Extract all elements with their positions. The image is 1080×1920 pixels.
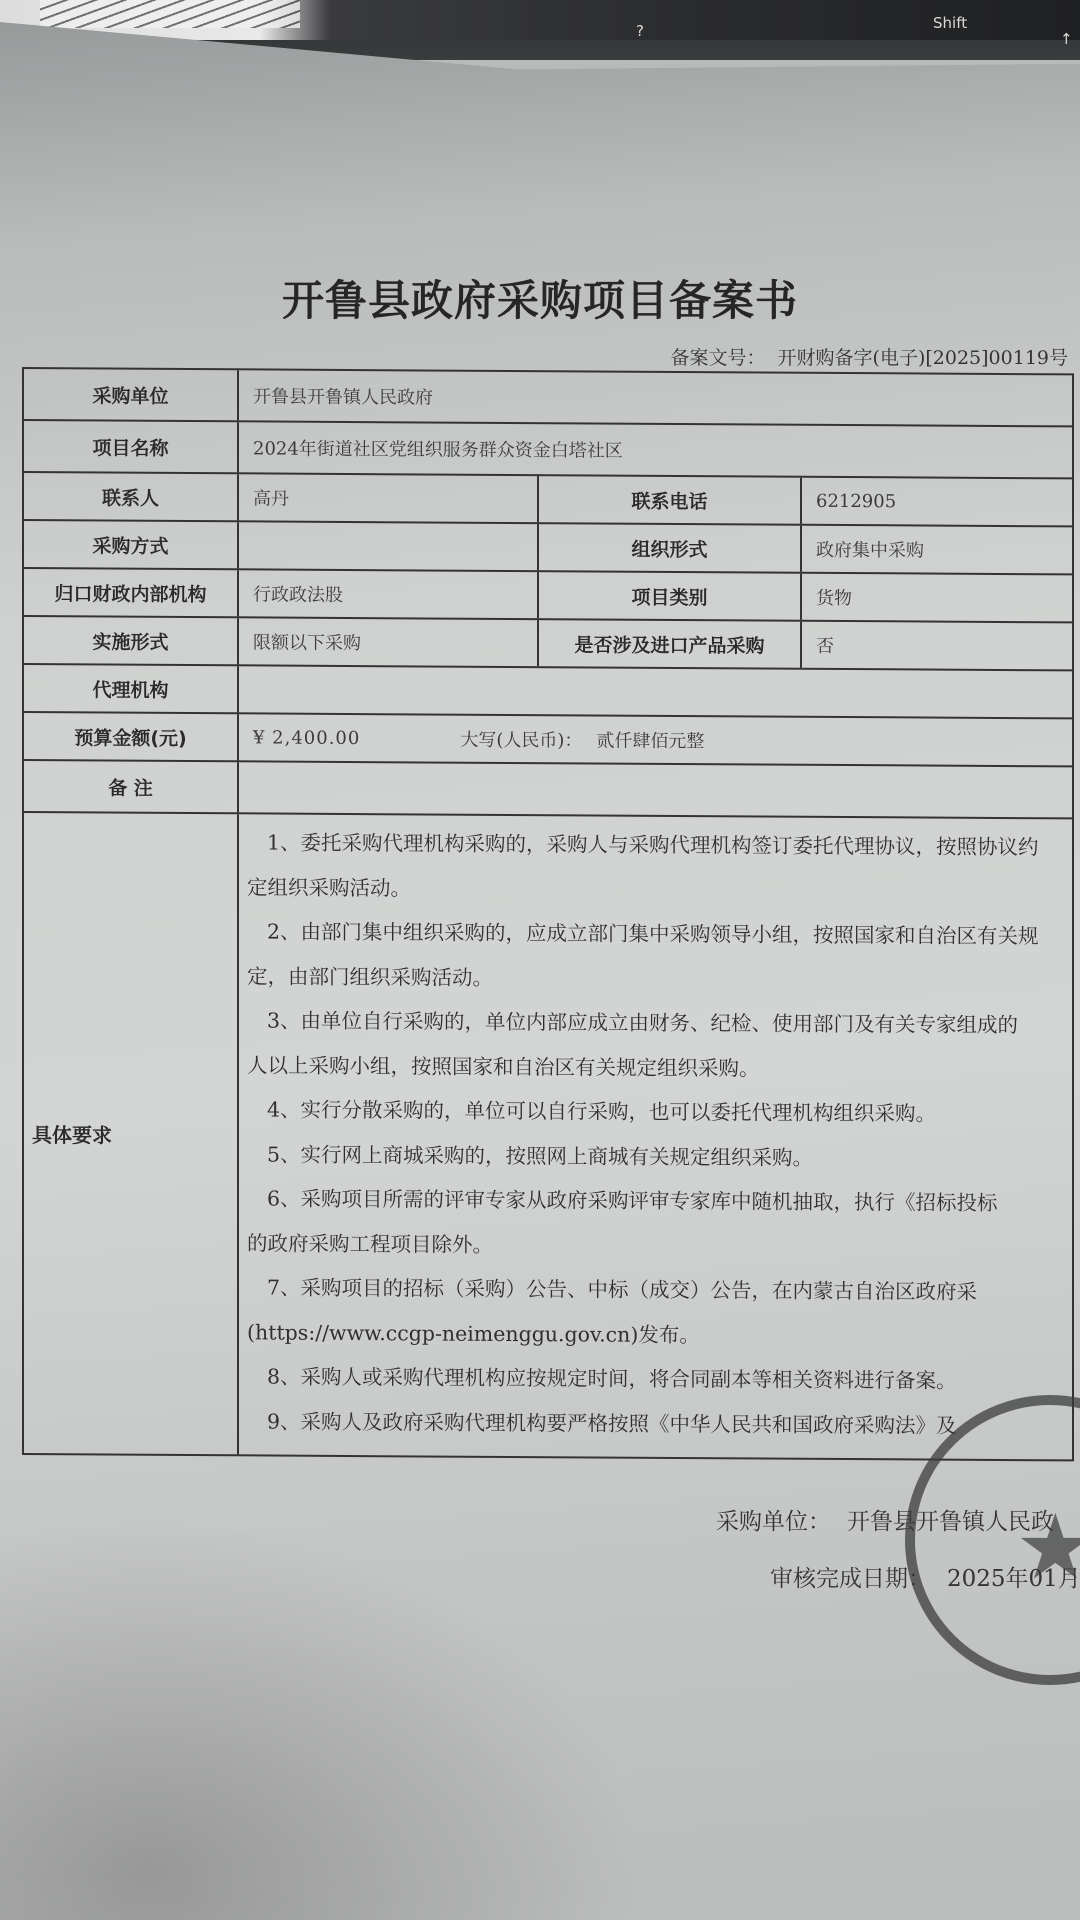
table-row-method: 采购方式 组织形式 政府集中采购 [24, 521, 1072, 575]
contact-phone-value: 6212905 [802, 478, 1072, 526]
budget-words-value: 贰仟肆佰元整 [596, 727, 704, 754]
budget-amount: ¥ 2,400.00 [253, 727, 360, 749]
procurement-method-value [239, 522, 539, 570]
requirement-line: 定组织采购活动。 [247, 865, 1072, 915]
table-row-remarks: 备 注 [24, 761, 1072, 819]
table-row-agency: 代理机构 [24, 665, 1072, 719]
requirements-text: 1、委托采购代理机构采购的，采购人与采购代理机构签订委托代理协议，按照协议约 定… [239, 814, 1072, 1459]
table-row-budget: 预算金额(元) ¥ 2,400.00 大写(人民币)： 贰仟肆佰元整 [24, 713, 1072, 767]
organization-form-label: 组织形式 [539, 524, 802, 572]
agency-value [239, 666, 1072, 717]
table-row-department: 归口财政内部机构 行政政法股 项目类别 货物 [24, 569, 1072, 623]
reference-label: 备案文号： [671, 347, 766, 369]
implementation-form-value: 限额以下采购 [239, 618, 539, 666]
document-title: 开鲁县政府采购项目备案书 [0, 268, 1080, 328]
requirement-line: (https://www.ccgp-neimenggu.gov.cn)发布。 [247, 1310, 1072, 1360]
remarks-label: 备 注 [24, 761, 239, 812]
reference-value: 开财购备字(电子)[2025]00119号 [778, 347, 1068, 369]
keyboard-key-shift: Shift [933, 14, 967, 32]
contact-phone-label: 联系电话 [539, 476, 802, 524]
budget-value-cell: ¥ 2,400.00 大写(人民币)： 贰仟肆佰元整 [239, 714, 1072, 765]
contact-person-value: 高丹 [239, 474, 539, 522]
requirement-line: 2、由部门集中组织采购的，应成立部门集中采购领导小组，按照国家和自治区有关规 [247, 909, 1072, 959]
finance-department-label: 归口财政内部机构 [24, 569, 239, 616]
project-name-label: 项目名称 [24, 421, 239, 472]
imported-products-label: 是否涉及进口产品采购 [539, 620, 802, 668]
table-row-purchasing-unit: 采购单位 开鲁县开鲁镇人民政府 [24, 369, 1072, 427]
finance-department-value: 行政政法股 [239, 570, 539, 618]
filing-table: 采购单位 开鲁县开鲁镇人民政府 项目名称 2024年街道社区党组织服务群众资金白… [22, 367, 1074, 1461]
requirement-line: 7、采购项目的招标（采购）公告、中标（成交）公告，在内蒙古自治区政府采 [247, 1265, 1072, 1315]
project-category-value: 货物 [802, 574, 1072, 622]
footer-date-label: 审核完成日期： [770, 1566, 931, 1592]
footer-unit-label: 采购单位： [716, 1509, 831, 1535]
project-name-value: 2024年街道社区党组织服务群众资金白塔社区 [239, 422, 1072, 477]
remarks-value [239, 762, 1072, 817]
budget-label: 预算金额(元) [24, 713, 239, 760]
requirements-label: 具体要求 [24, 813, 239, 1454]
requirement-line: 4、实行分散采购的，单位可以自行采购，也可以委托代理机构组织采购。 [247, 1087, 1072, 1137]
procurement-method-label: 采购方式 [24, 521, 239, 568]
organization-form-value: 政府集中采购 [802, 526, 1072, 574]
seal-star-icon: ★ [1015, 1495, 1080, 1600]
reference-number: 备案文号：开财购备字(电子)[2025]00119号 [659, 343, 1068, 370]
budget-words-label: 大写(人民币)： [460, 726, 582, 753]
requirement-line: 1、委托采购代理机构采购的，采购人与采购代理机构签订委托代理协议，按照协议约 [247, 820, 1072, 870]
project-category-label: 项目类别 [539, 572, 802, 620]
table-row-implementation: 实施形式 限额以下采购 是否涉及进口产品采购 否 [24, 617, 1072, 671]
requirement-line: 人以上采购小组，按照国家和自治区有关规定组织采购。 [247, 1043, 1072, 1093]
requirement-line: 的政府采购工程项目除外。 [247, 1221, 1072, 1271]
keyboard-key-arrow-up-icon: ↑ [1060, 30, 1073, 48]
purchasing-unit-label: 采购单位 [24, 369, 239, 420]
table-row-contact: 联系人 高丹 联系电话 6212905 [24, 473, 1072, 527]
imported-products-value: 否 [802, 622, 1072, 670]
keyboard-key-question: ? [636, 22, 644, 40]
table-row-project-name: 项目名称 2024年街道社区党组织服务群众资金白塔社区 [24, 421, 1072, 479]
implementation-form-label: 实施形式 [24, 617, 239, 664]
requirement-line: 6、采购项目所需的评审专家从政府采购评审专家库中随机抽取，执行《招标投标 [247, 1176, 1072, 1226]
agency-label: 代理机构 [24, 665, 239, 712]
requirement-line: 5、实行网上商城采购的，按照网上商城有关规定组织采购。 [247, 1132, 1072, 1182]
requirement-line: 定，由部门组织采购活动。 [247, 954, 1072, 1004]
contact-person-label: 联系人 [24, 473, 239, 520]
requirement-line: 3、由单位自行采购的，单位内部应成立由财务、纪检、使用部门及有关专家组成的 [247, 998, 1072, 1048]
background-binder [40, 0, 300, 28]
purchasing-unit-value: 开鲁县开鲁镇人民政府 [239, 370, 1072, 425]
table-row-requirements: 具体要求 1、委托采购代理机构采购的，采购人与采购代理机构签订委托代理协议，按照… [24, 813, 1072, 1461]
requirement-line: 8、采购人或采购代理机构应按规定时间，将合同副本等相关资料进行备案。 [247, 1354, 1072, 1404]
